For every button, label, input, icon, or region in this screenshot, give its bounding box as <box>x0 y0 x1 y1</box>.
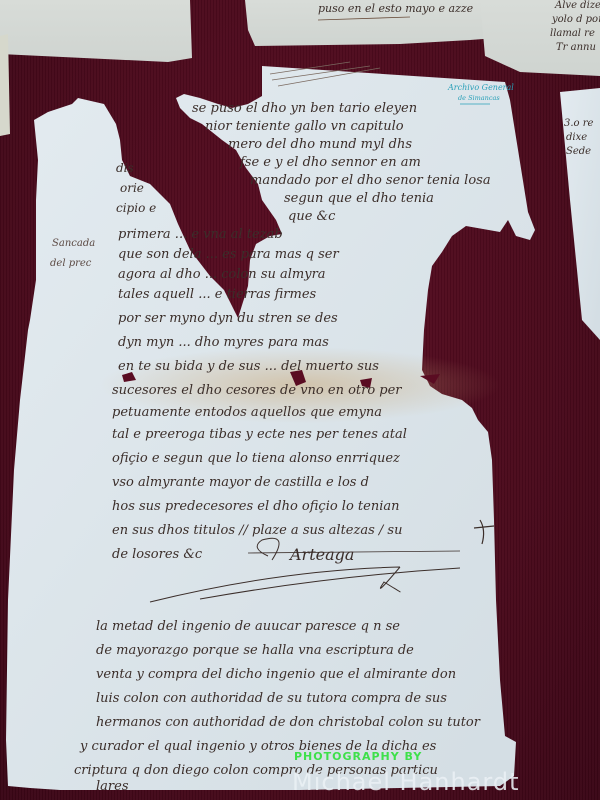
top-right-line: yolo d por <box>551 14 600 25</box>
manuscript-line: en te su bida y de sus ... del muerto su… <box>118 359 379 374</box>
top-center-fragment: puso en el esto mayo e azze <box>245 0 522 46</box>
top-center-text: puso en el esto mayo e azze <box>318 2 474 15</box>
manuscript-line: agora al dho ... colon su almyra <box>118 267 326 282</box>
manuscript-line: de losores &c <box>112 547 203 562</box>
stamp-line-1: Archivo General <box>447 83 514 92</box>
top-right-fragment: Alve dize yolo d por llamal re Tr annu <box>480 0 600 76</box>
manuscript-line: luis colon con authoridad de su tutora c… <box>96 691 447 706</box>
manuscript-line: fse e y el dho sennor en am <box>239 155 421 170</box>
watermark-photography-by: PHOTOGRAPHY BY <box>294 750 422 763</box>
manuscript-line: lares <box>96 779 129 794</box>
manuscript-line: segun que el dho tenia <box>284 191 434 206</box>
manuscript-line: se puso el dho yn ben tario eleyen <box>192 101 417 116</box>
manuscript-line: en sus dhos titulos // plaze a sus altez… <box>112 523 402 538</box>
right-edge-fragment: 3.o re dixe Sede <box>560 88 600 340</box>
signature-text: Arteaga <box>288 545 354 564</box>
manuscript-line: ofiçio e segun que lo tiena alonso enrri… <box>112 451 400 466</box>
manuscript-line: primera ... e vna al tezab <box>118 227 283 242</box>
stamp-line-2: de Simancas <box>458 94 500 102</box>
manuscript-line: nior teniente gallo vn capitulo <box>205 119 404 134</box>
manuscript-line: que son dela ... es para mas q ser <box>118 247 339 262</box>
manuscript-line: vso almyrante mayor de castilla e los d <box>112 475 369 490</box>
margin-note-line: del prec <box>50 258 92 269</box>
manuscript-line: dyn myn ... dho myres para mas <box>118 335 329 350</box>
manuscript-line: tal e preeroga tibas y ecte nes per tene… <box>112 427 407 442</box>
top-right-line: Tr annu <box>556 42 596 53</box>
manuscript-line: dis <box>116 161 134 175</box>
right-edge-line: Sede <box>566 146 591 157</box>
manuscript-line: orie <box>120 181 144 195</box>
photo-stage: puso en el esto mayo e azze Alve dize yo… <box>0 0 600 800</box>
manuscript-line: hermanos con authoridad de don christoba… <box>96 715 481 730</box>
manuscript-line: mero del dho mund myl dhs <box>228 137 412 152</box>
manuscript-line: sucesores el dho cesores de vno en otro … <box>112 383 402 398</box>
right-edge-line: 3.o re <box>564 118 594 129</box>
manuscript-line: tales aquell ... e tierras firmes <box>118 287 317 302</box>
watermark-name: Michael Hanhardt <box>292 768 520 796</box>
manuscript-line: que &c <box>288 209 336 224</box>
top-right-line: llamal re <box>550 28 595 39</box>
manuscript-line: cipio e <box>116 201 156 215</box>
margin-note-line: Sancada <box>52 238 95 249</box>
manuscript-line: la metad del ingenio de auucar paresce q… <box>96 619 400 634</box>
manuscript-line: mandado por el dho senor tenia losa <box>250 173 491 188</box>
manuscript-photo: puso en el esto mayo e azze Alve dize yo… <box>0 0 600 800</box>
manuscript-line: petuamente entodos aquellos que emyna <box>112 405 382 420</box>
manuscript-line: por ser myno dyn du stren se des <box>118 311 338 326</box>
manuscript-line: de mayorazgo porque se halla vna escript… <box>96 643 414 658</box>
top-right-line: Alve dize <box>554 0 600 11</box>
manuscript-line: hos sus predecesores el dho ofiçio lo te… <box>112 499 400 514</box>
right-edge-line: dixe <box>566 132 587 143</box>
manuscript-line: venta y compra del dicho ingenio que el … <box>96 667 456 682</box>
